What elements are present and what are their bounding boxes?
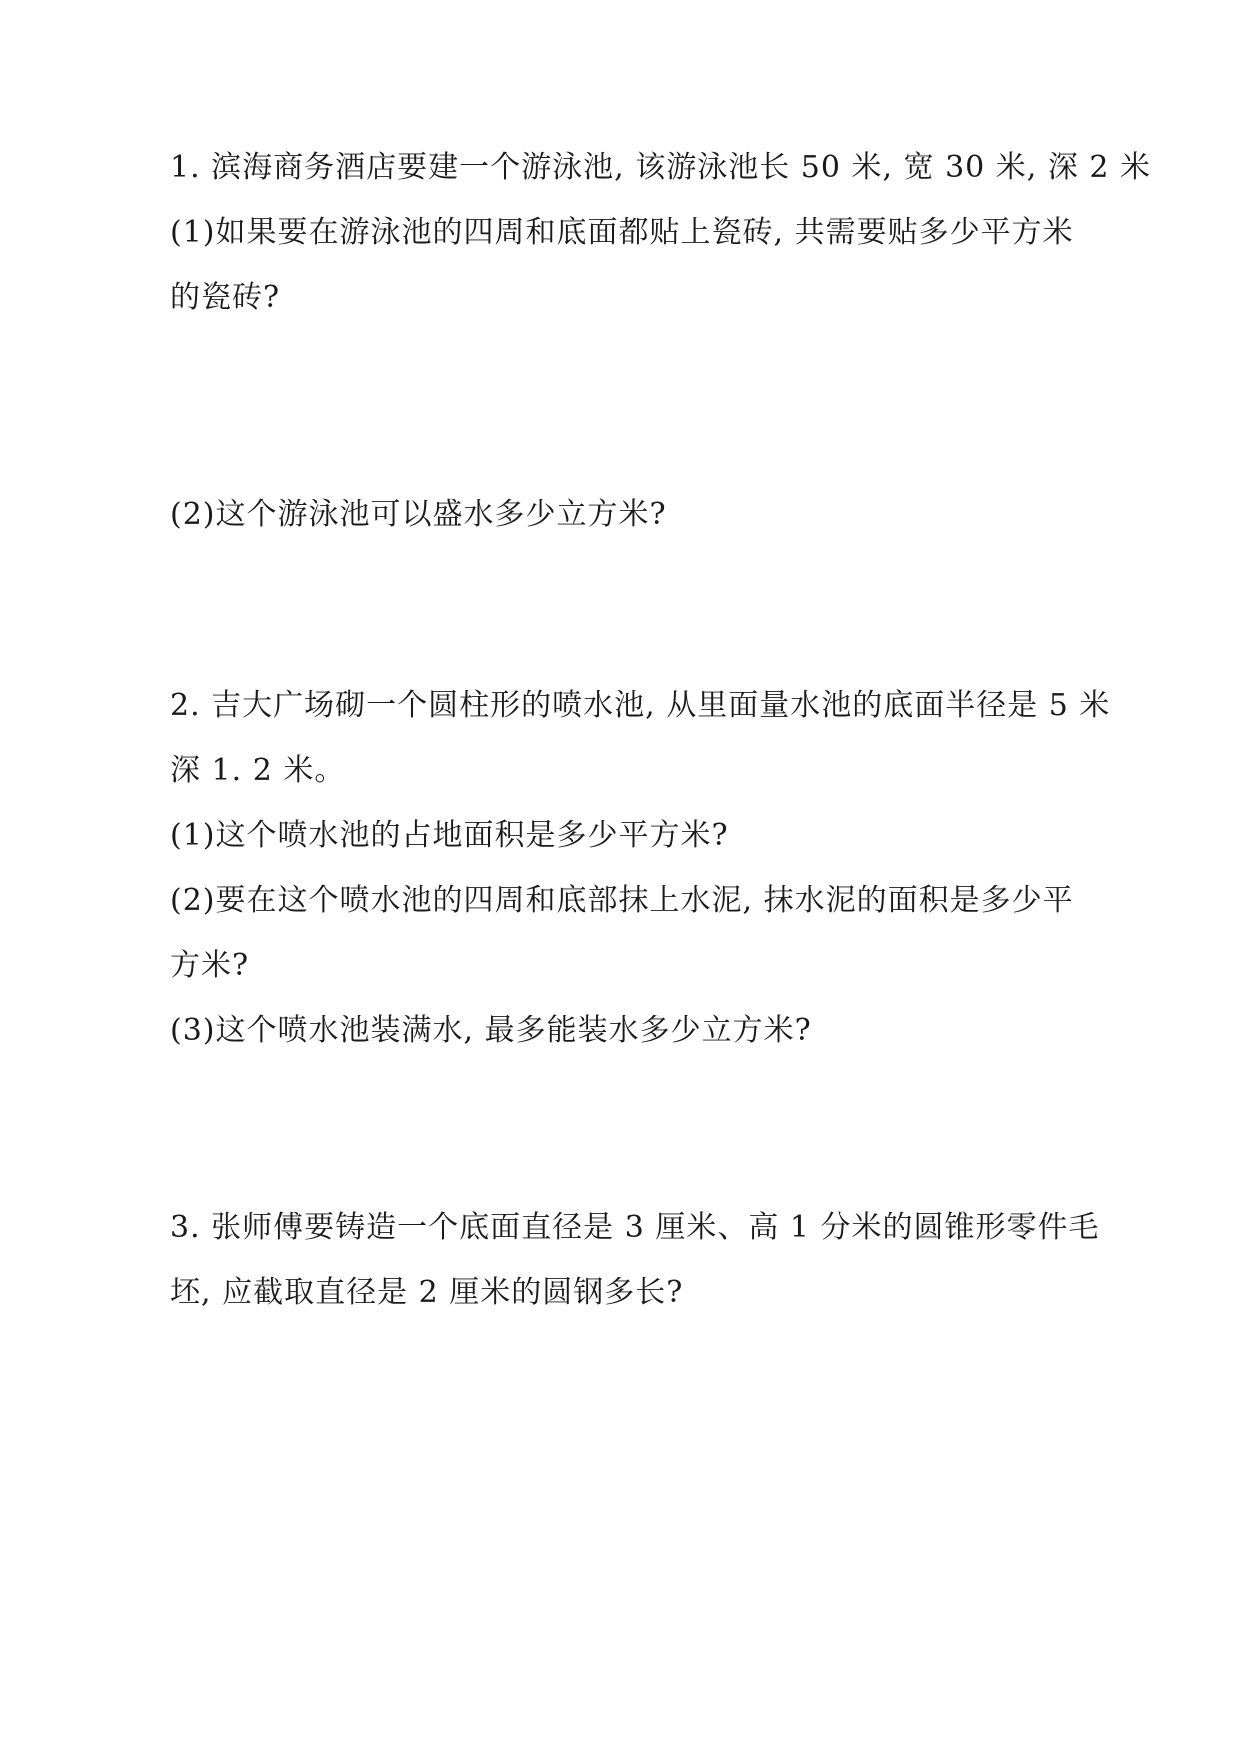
problem-2: 2. 吉大广场砌一个圆柱形的喷水池, 从里面量水池的底面半径是 5 米 深 1.… [170, 673, 1131, 1063]
worksheet-page: 1. 滨海商务酒店要建一个游泳池, 该游泳池长 50 米, 宽 30 米, 深 … [0, 0, 1241, 1754]
worksheet-content: 1. 滨海商务酒店要建一个游泳池, 该游泳池长 50 米, 宽 30 米, 深 … [0, 0, 1241, 1325]
problem-1-question-2: (2)这个游泳池可以盛水多少立方米? [170, 482, 1131, 547]
problem-2-q2-line-1: (2)要在这个喷水池的四周和底部抹上水泥, 抹水泥的面积是多少平 [170, 868, 1131, 933]
problem-1-statement: 1. 滨海商务酒店要建一个游泳池, 该游泳池长 50 米, 宽 30 米, 深 … [170, 135, 1131, 200]
problem-2-q3-line: (3)这个喷水池装满水, 最多能装水多少立方米? [170, 998, 1131, 1063]
problem-1-q1-line-1: (1)如果要在游泳池的四周和底面都贴上瓷砖, 共需要贴多少平方米 [170, 200, 1131, 265]
problem-2-statement-line-1: 2. 吉大广场砌一个圆柱形的喷水池, 从里面量水池的底面半径是 5 米 [170, 673, 1131, 738]
problem-2-q2-line-2: 方米? [170, 933, 1131, 998]
problem-3-line-1: 3. 张师傅要铸造一个底面直径是 3 厘米、高 1 分米的圆锥形零件毛 [170, 1195, 1131, 1260]
problem-3: 3. 张师傅要铸造一个底面直径是 3 厘米、高 1 分米的圆锥形零件毛 坯, 应… [170, 1195, 1131, 1325]
problem-1: 1. 滨海商务酒店要建一个游泳池, 该游泳池长 50 米, 宽 30 米, 深 … [170, 135, 1131, 330]
problem-3-line-2: 坯, 应截取直径是 2 厘米的圆钢多长? [170, 1260, 1131, 1325]
problem-2-statement-line-2: 深 1. 2 米。 [170, 738, 1131, 803]
problem-1-q2-line: (2)这个游泳池可以盛水多少立方米? [170, 482, 1131, 547]
problem-1-q1-line-2: 的瓷砖? [170, 265, 1131, 330]
problem-2-q1-line: (1)这个喷水池的占地面积是多少平方米? [170, 803, 1131, 868]
